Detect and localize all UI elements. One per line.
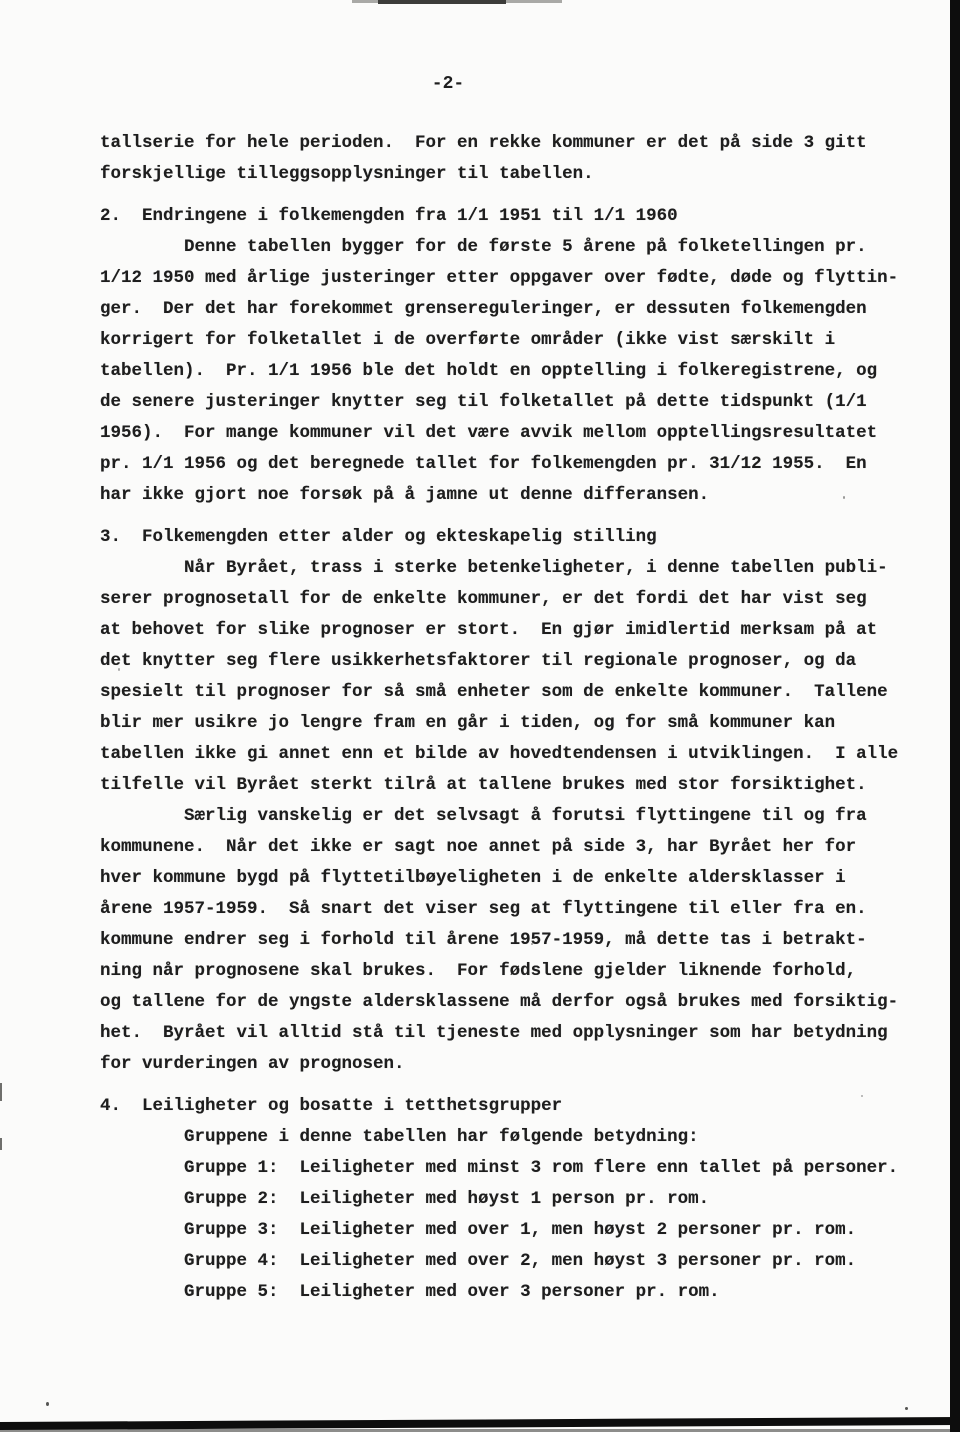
text-line: het. Byrået vil alltid stå til tjeneste …: [100, 1018, 930, 1049]
text-line: tallserie for hele perioden. For en rekk…: [100, 128, 930, 159]
text-line: Gruppe 4: Leiligheter med over 2, men hø…: [100, 1246, 930, 1277]
text-line: de senere justeringer knytter seg til fo…: [100, 387, 930, 418]
text-line: Gruppene i denne tabellen har følgende b…: [100, 1122, 930, 1153]
text-line: forskjellige tilleggsopplysninger til ta…: [100, 159, 930, 190]
text-line: blir mer usikre jo lengre fram en går i …: [100, 708, 930, 739]
text-line: serer prognosetall for de enkelte kommun…: [100, 584, 930, 615]
scan-artifact-top-dark: [378, 0, 506, 4]
text-line: tabellen). Pr. 1/1 1956 ble det holdt en…: [100, 356, 930, 387]
text-line: at behovet for slike prognoser er stort.…: [100, 615, 930, 646]
text-line: for vurderingen av prognosen.: [100, 1049, 930, 1080]
scan-speck: [861, 1095, 863, 1097]
text-line: 4. Leiligheter og bosatte i tetthetsgrup…: [100, 1091, 930, 1122]
text-line: hver kommune bygd på flyttetilbøyelighet…: [100, 863, 930, 894]
text-line: pr. 1/1 1956 og det beregnede tallet for…: [100, 449, 930, 480]
text-line: tabellen ikke gi annet enn et bilde av h…: [100, 739, 930, 770]
text-line: Gruppe 2: Leiligheter med høyst 1 person…: [100, 1184, 930, 1215]
text-line: Når Byrået, trass i sterke betenkelighet…: [100, 553, 930, 584]
text-line: og tallene for de yngste aldersklassene …: [100, 987, 930, 1018]
scanned-document-page: -2- tallserie for hele perioden. For en …: [0, 0, 960, 1432]
text-line: Særlig vanskelig er det selvsagt å forut…: [100, 801, 930, 832]
text-line: ger. Der det har forekommet grenseregule…: [100, 294, 930, 325]
scan-border-right: [950, 0, 960, 1432]
scan-speck: [843, 496, 845, 499]
text-line: ning når prognosene skal brukes. For fød…: [100, 956, 930, 987]
scan-speck: [118, 668, 120, 671]
text-line: kommunene. Når det ikke er sagt noe anne…: [100, 832, 930, 863]
text-line: korrigert for folketallet i de overførte…: [100, 325, 930, 356]
text-line: Gruppe 5: Leiligheter med over 3 persone…: [100, 1277, 930, 1308]
text-line: 2. Endringene i folkemengden fra 1/1 195…: [100, 201, 930, 232]
text-line: 1956). For mange kommuner vil det være a…: [100, 418, 930, 449]
text-line: Gruppe 3: Leiligheter med over 1, men hø…: [100, 1215, 930, 1246]
text-line: tilfelle vil Byrået sterkt tilrå at tall…: [100, 770, 930, 801]
scan-speck: [905, 1407, 908, 1410]
text-line: det knytter seg flere usikkerhetsfaktore…: [100, 646, 930, 677]
text-line: har ikke gjort noe forsøk på å jamne ut …: [100, 480, 930, 511]
text-line: kommune endrer seg i forhold til årene 1…: [100, 925, 930, 956]
scan-speck: [46, 1402, 49, 1406]
page-number: -2-: [418, 74, 478, 94]
document-body: tallserie for hele perioden. For en rekk…: [100, 128, 930, 1308]
text-line: 3. Folkemengden etter alder og ekteskape…: [100, 522, 930, 553]
text-line: spesielt til prognoser for så små enhete…: [100, 677, 930, 708]
scan-mark-left-2: [0, 1138, 2, 1150]
text-line: 1/12 1950 med årlige justeringer etter o…: [100, 263, 930, 294]
scan-speck: [531, 943, 533, 945]
text-line: årene 1957-1959. Så snart det viser seg …: [100, 894, 930, 925]
text-line: Denne tabellen bygger for de første 5 år…: [100, 232, 930, 263]
text-line: Gruppe 1: Leiligheter med minst 3 rom fl…: [100, 1153, 930, 1184]
scan-mark-left-1: [0, 1083, 2, 1101]
